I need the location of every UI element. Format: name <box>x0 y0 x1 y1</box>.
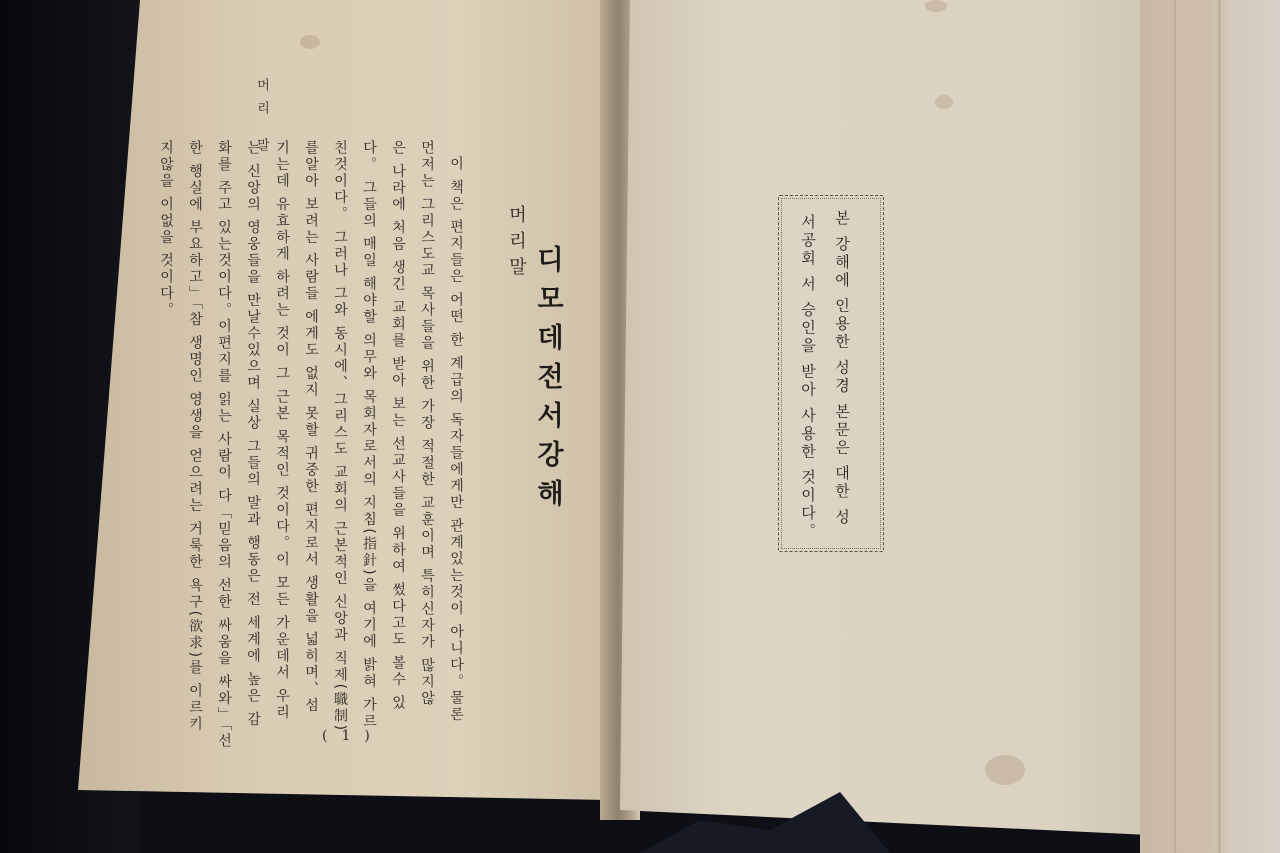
notice-column: 서공회 서 승인을 받아 사용한 것이다。 <box>791 210 825 540</box>
right-page <box>620 0 1160 835</box>
preface-body: 이 책은 편지들은 어떤 한 계급의 독자들에게만 관계있는것이 아니다。물론 … <box>180 140 470 740</box>
book-photo: 머리 말 디모데전서강해 머리말 이 책은 편지들은 어떤 한 계급의 독자들에… <box>0 0 1280 853</box>
page-edges <box>1140 0 1280 853</box>
body-column: 지않을 이없을 것이다。 <box>151 140 180 740</box>
body-column: 친것이다。 그러나 그와 동시에、그리스도 교회의 근본적인 신앙과 직제(職制… <box>325 140 354 740</box>
notice-text: 본 강해에 인용한 성경 본문은 대한 성 서공회 서 승인을 받아 사용한 것… <box>791 210 859 540</box>
body-column: 은 나라에 처음 생긴 교회를 받아 보는 선교사들을 위하여 썼다고도 볼수 … <box>383 140 412 740</box>
notice-box: 본 강해에 인용한 성경 본문은 대한 성 서공회 서 승인을 받아 사용한 것… <box>778 195 884 552</box>
page-number: (1) <box>322 728 384 744</box>
paper-stain <box>935 95 953 109</box>
body-column: 는 신앙의 영웅들을 만날수있으며 실상 그들의 말과 행동은 전 세계에 높은… <box>238 140 267 740</box>
body-column: 다。 그들의 매일 해야할 의무와 목회자로서의 지침(指針)을 여기에 밝혀 … <box>354 140 383 740</box>
paper-stain <box>985 755 1025 785</box>
book-title: 디모데전서강해 <box>528 245 567 518</box>
paper-stain <box>925 0 947 12</box>
body-column: 화를 주고 있는것이다。이편지를 읽는 사람이 다「믿음의 선한 싸움을 싸와」… <box>209 140 238 740</box>
preface-heading: 머리말 <box>503 205 529 283</box>
body-column: 한 행실에 부요하고」「참 생명인 영생을 얻으려는 거룩한 욕구(欲求)를 이… <box>180 140 209 740</box>
body-column: 먼저는 그리스도교 목사들을 위한 가장 적절한 교훈이며 특히신자가 많지않 <box>412 140 441 740</box>
body-column: 기는데 유효하게 하려는 것이 그 근본 목적인 것이다。이 모든 가운데서 우… <box>267 140 296 740</box>
body-column: 를알아 보려는 사람들 에게도 없지 못할 귀중한 편지로서 생활을 넓히며、섬 <box>296 140 325 740</box>
notice-column: 본 강해에 인용한 성경 본문은 대한 성 <box>825 210 859 540</box>
paper-stain <box>300 35 320 49</box>
body-column: 이 책은 편지들은 어떤 한 계급의 독자들에게만 관계있는것이 아니다。물론 <box>441 140 470 740</box>
